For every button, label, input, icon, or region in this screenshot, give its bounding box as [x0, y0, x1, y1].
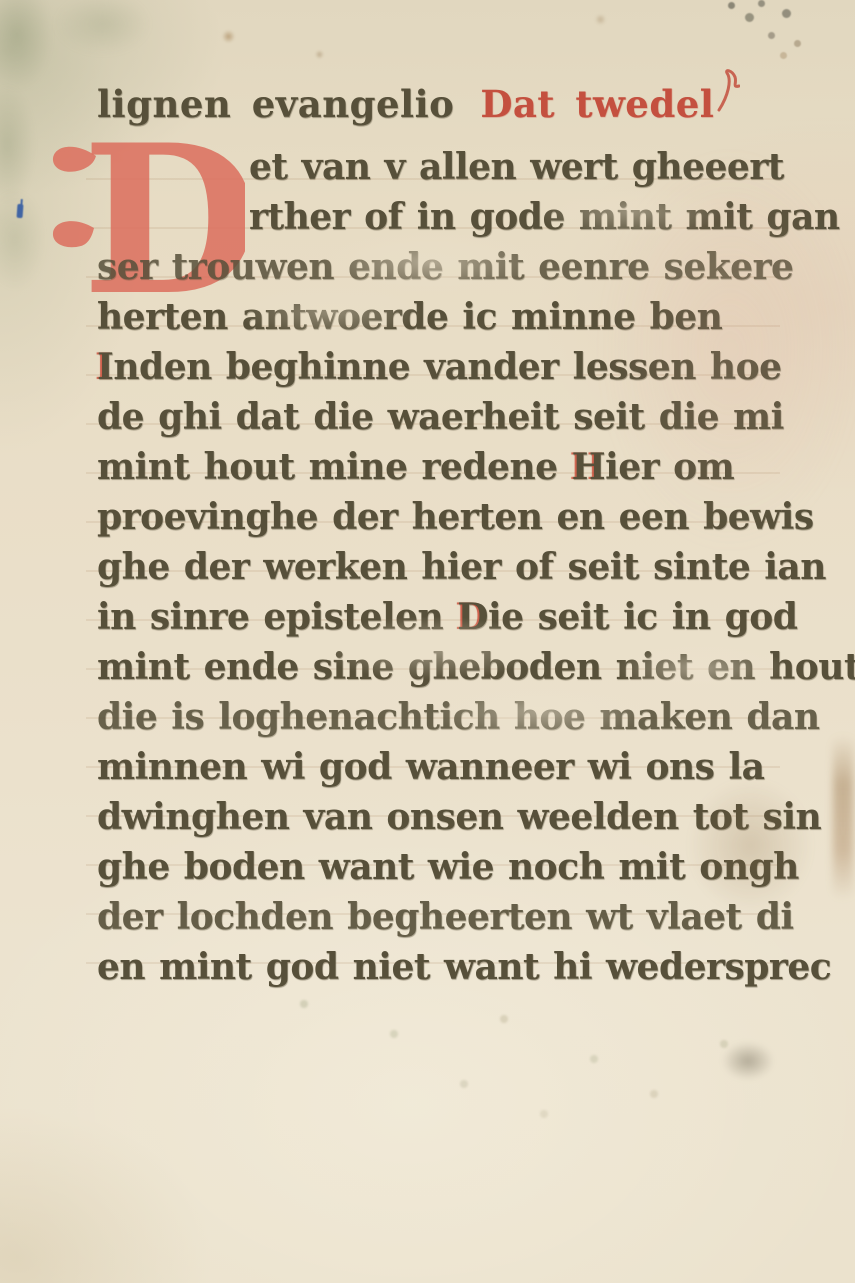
body-text-segment: de ghi dat die waerheit seit die mi — [97, 396, 784, 438]
body-text-segment: ser trouwen ende mit eenre sekere — [97, 246, 793, 288]
body-text-segment: proevinghe der herten en een bewis — [97, 496, 814, 538]
rubricated-letter: I — [97, 346, 113, 388]
body-text-segment: ie seit ic in god — [488, 596, 798, 638]
body-text-segment: mint ende sine gheboden niet en hout — [97, 646, 855, 688]
header-black-text: lignen evangelio — [97, 82, 454, 126]
text-line-13: minnen wi god wanneer wi ons la — [97, 746, 787, 796]
text-line-2: rther of in gode mint mit gan — [97, 196, 787, 246]
body-text-segment: dwinghen van onsen weelden tot sin — [97, 796, 821, 838]
text-line-1: et van v allen wert gheeert — [97, 146, 787, 196]
body-text-segment: mint hout mine redene — [97, 446, 572, 488]
body-text-segment: et van v allen wert gheeert — [249, 146, 784, 188]
stain — [315, 50, 324, 59]
body-text-segment: nden beghinne vander lessen hoe — [113, 346, 781, 388]
text-line-16: der lochden begheerten wt vlaet di — [97, 896, 787, 946]
text-line-11: mint ende sine gheboden niet en hout — [97, 646, 787, 696]
body-text-segment: herten antwoerde ic minne ben — [97, 296, 722, 338]
stain — [595, 14, 606, 25]
body-text-segment: en mint god niet want hi wedersprec — [97, 946, 831, 988]
stain — [722, 1042, 774, 1080]
body-text-segment: ghe boden want wie noch mit ongh — [97, 846, 799, 888]
text-line-3: ser trouwen ende mit eenre sekere — [97, 246, 787, 296]
stain — [55, 0, 150, 54]
body-text-segment: ier om — [605, 446, 734, 488]
body-text-segment: minnen wi god wanneer wi ons la — [97, 746, 764, 788]
body-text-segment: in sinre epistelen — [97, 596, 457, 638]
body-text-segment: die is loghenachtich hoe maken dan — [97, 696, 820, 738]
text-line-12: die is loghenachtich hoe maken dan — [97, 696, 787, 746]
stain — [222, 30, 235, 43]
stain — [833, 735, 853, 900]
stain — [0, 85, 35, 205]
text-line-5: Inden beghinne vander lessen hoe — [97, 346, 787, 396]
blue-ink-mark — [17, 204, 24, 218]
body-text: et van v allen wert gheeertrther of in g… — [97, 146, 787, 996]
text-line-6: de ghi dat die waerheit seit die mi — [97, 396, 787, 446]
body-text-segment: rther of in gode mint mit gan — [249, 196, 840, 238]
text-line-9: ghe der werken hier of seit sinte ian — [97, 546, 787, 596]
text-line-17: en mint god niet want hi wedersprec — [97, 946, 787, 996]
ink-specks — [728, 2, 735, 9]
rubricated-letter: H — [572, 446, 606, 488]
body-text-segment: ghe der werken hier of seit sinte ian — [97, 546, 826, 588]
rubricated-letter: D — [457, 596, 488, 638]
text-line-10: in sinre epistelen Die seit ic in god — [97, 596, 787, 646]
rubric-text: Dat twedel — [480, 82, 714, 126]
body-text-segment: der lochden begheerten wt vlaet di — [97, 896, 794, 938]
rubric-flourish-icon — [716, 68, 740, 114]
text-block: lignen evangelioDat twedel et van v alle… — [97, 82, 787, 996]
text-line-14: dwinghen van onsen weelden tot sin — [97, 796, 787, 846]
text-line-15: ghe boden want wie noch mit ongh — [97, 846, 787, 896]
text-line-7: mint hout mine redene Hier om — [97, 446, 787, 496]
text-line-4: herten antwoerde ic minne ben — [97, 296, 787, 346]
text-line-8: proevinghe der herten en een bewis — [97, 496, 787, 546]
header-line: lignen evangelioDat twedel — [97, 82, 787, 146]
stain — [0, 0, 52, 90]
manuscript-page: D lignen evangelioDat twedel et van v al… — [0, 0, 855, 1283]
